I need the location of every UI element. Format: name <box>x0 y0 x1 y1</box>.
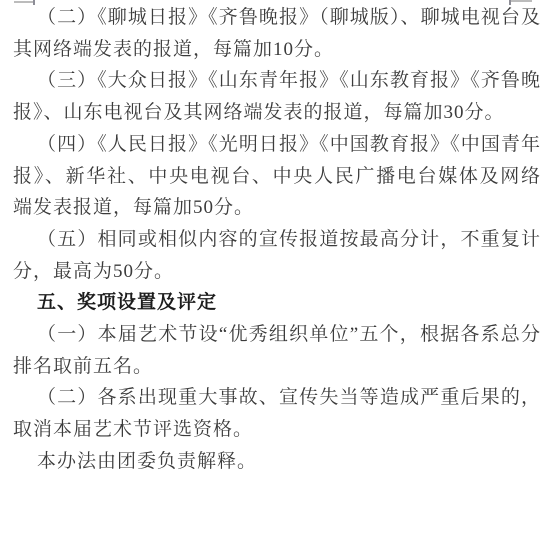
paragraph: （四）《人民日报》《光明日报》《中国教育报》《中国青年报》、新华社、中央电视台、… <box>13 129 541 224</box>
section-heading: 五、奖项设置及评定 <box>13 287 541 319</box>
paragraph: （一）本届艺术节设“优秀组织单位”五个，根据各系总分排名取前五名。 <box>13 319 541 382</box>
paragraph: （三）《大众日报》《山东青年报》《山东教育报》《齐鲁晚报》、山东电视台及其网络端… <box>13 65 541 128</box>
paragraph: （五）相同或相似内容的宣传报道按最高分计，不重复计分，最高为50分。 <box>13 224 541 287</box>
document-page: （二）《聊城日报》《齐鲁晚报》（聊城版）、聊城电视台及其网络端发表的报道，每篇加… <box>0 0 554 560</box>
paragraph: （二）《聊城日报》《齐鲁晚报》（聊城版）、聊城电视台及其网络端发表的报道，每篇加… <box>13 2 541 65</box>
paragraph: 本办法由团委负责解释。 <box>13 446 541 478</box>
document-body: （二）《聊城日报》《齐鲁晚报》（聊城版）、聊城电视台及其网络端发表的报道，每篇加… <box>13 2 541 478</box>
paragraph: （二）各系出现重大事故、宣传失当等造成严重后果的，取消本届艺术节评选资格。 <box>13 382 541 445</box>
